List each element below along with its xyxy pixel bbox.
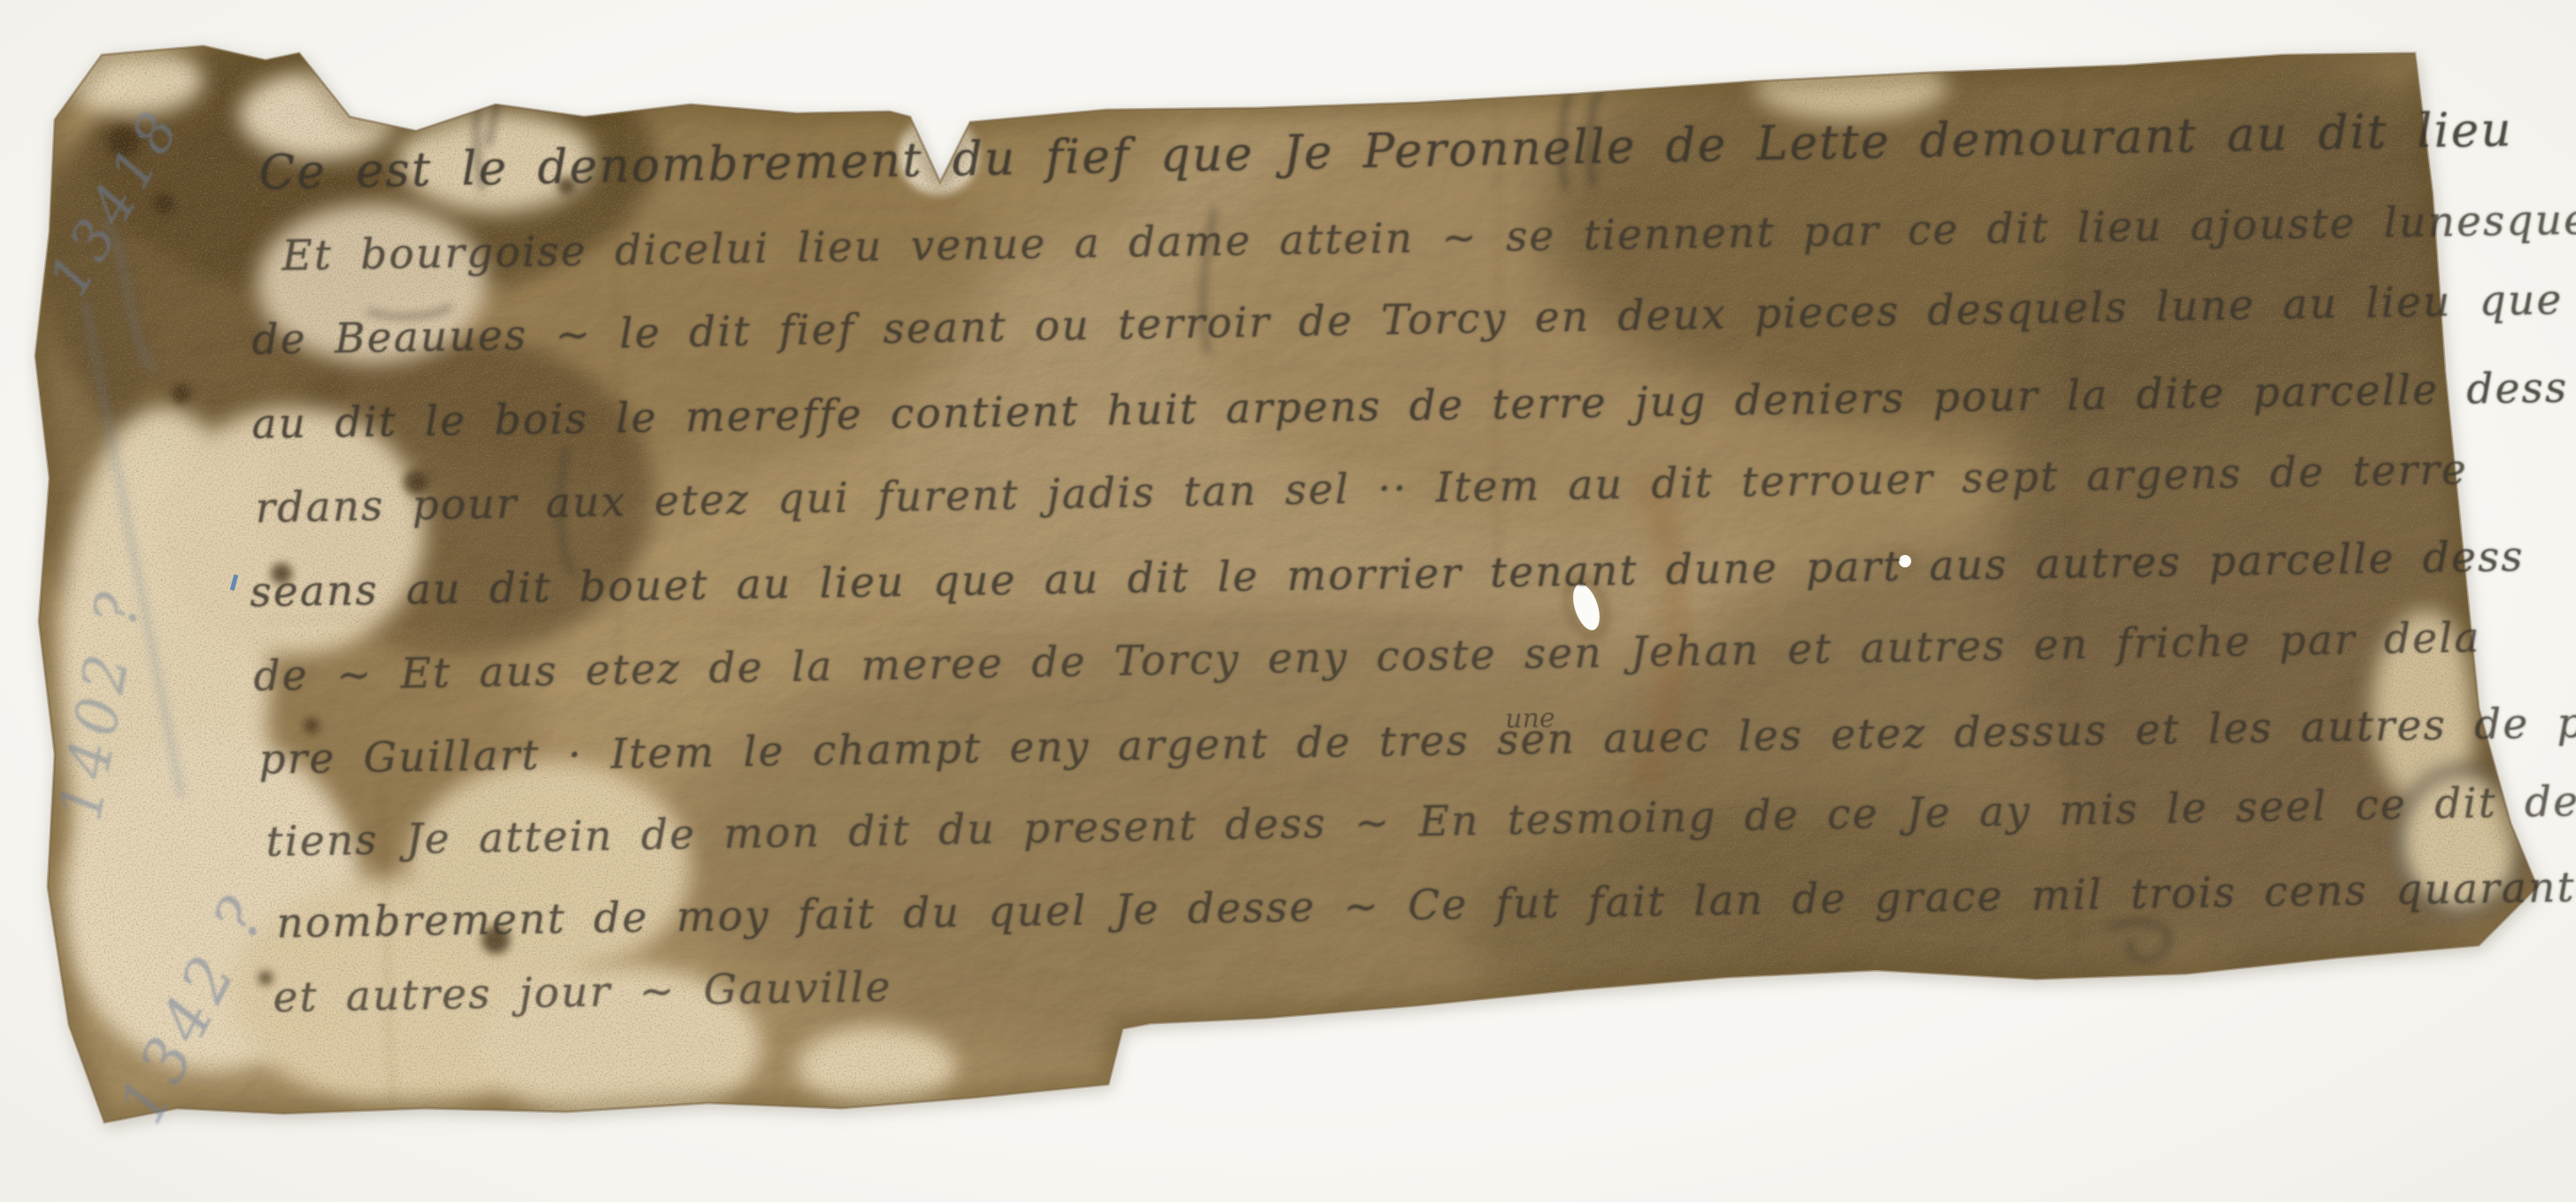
parchment	[0, 0, 2576, 1202]
scan-background: Ce est le denombrement du fief que Je Pe…	[0, 0, 2576, 1202]
pin-hole	[1896, 552, 1914, 570]
grain-overlay	[0, 0, 2576, 1202]
